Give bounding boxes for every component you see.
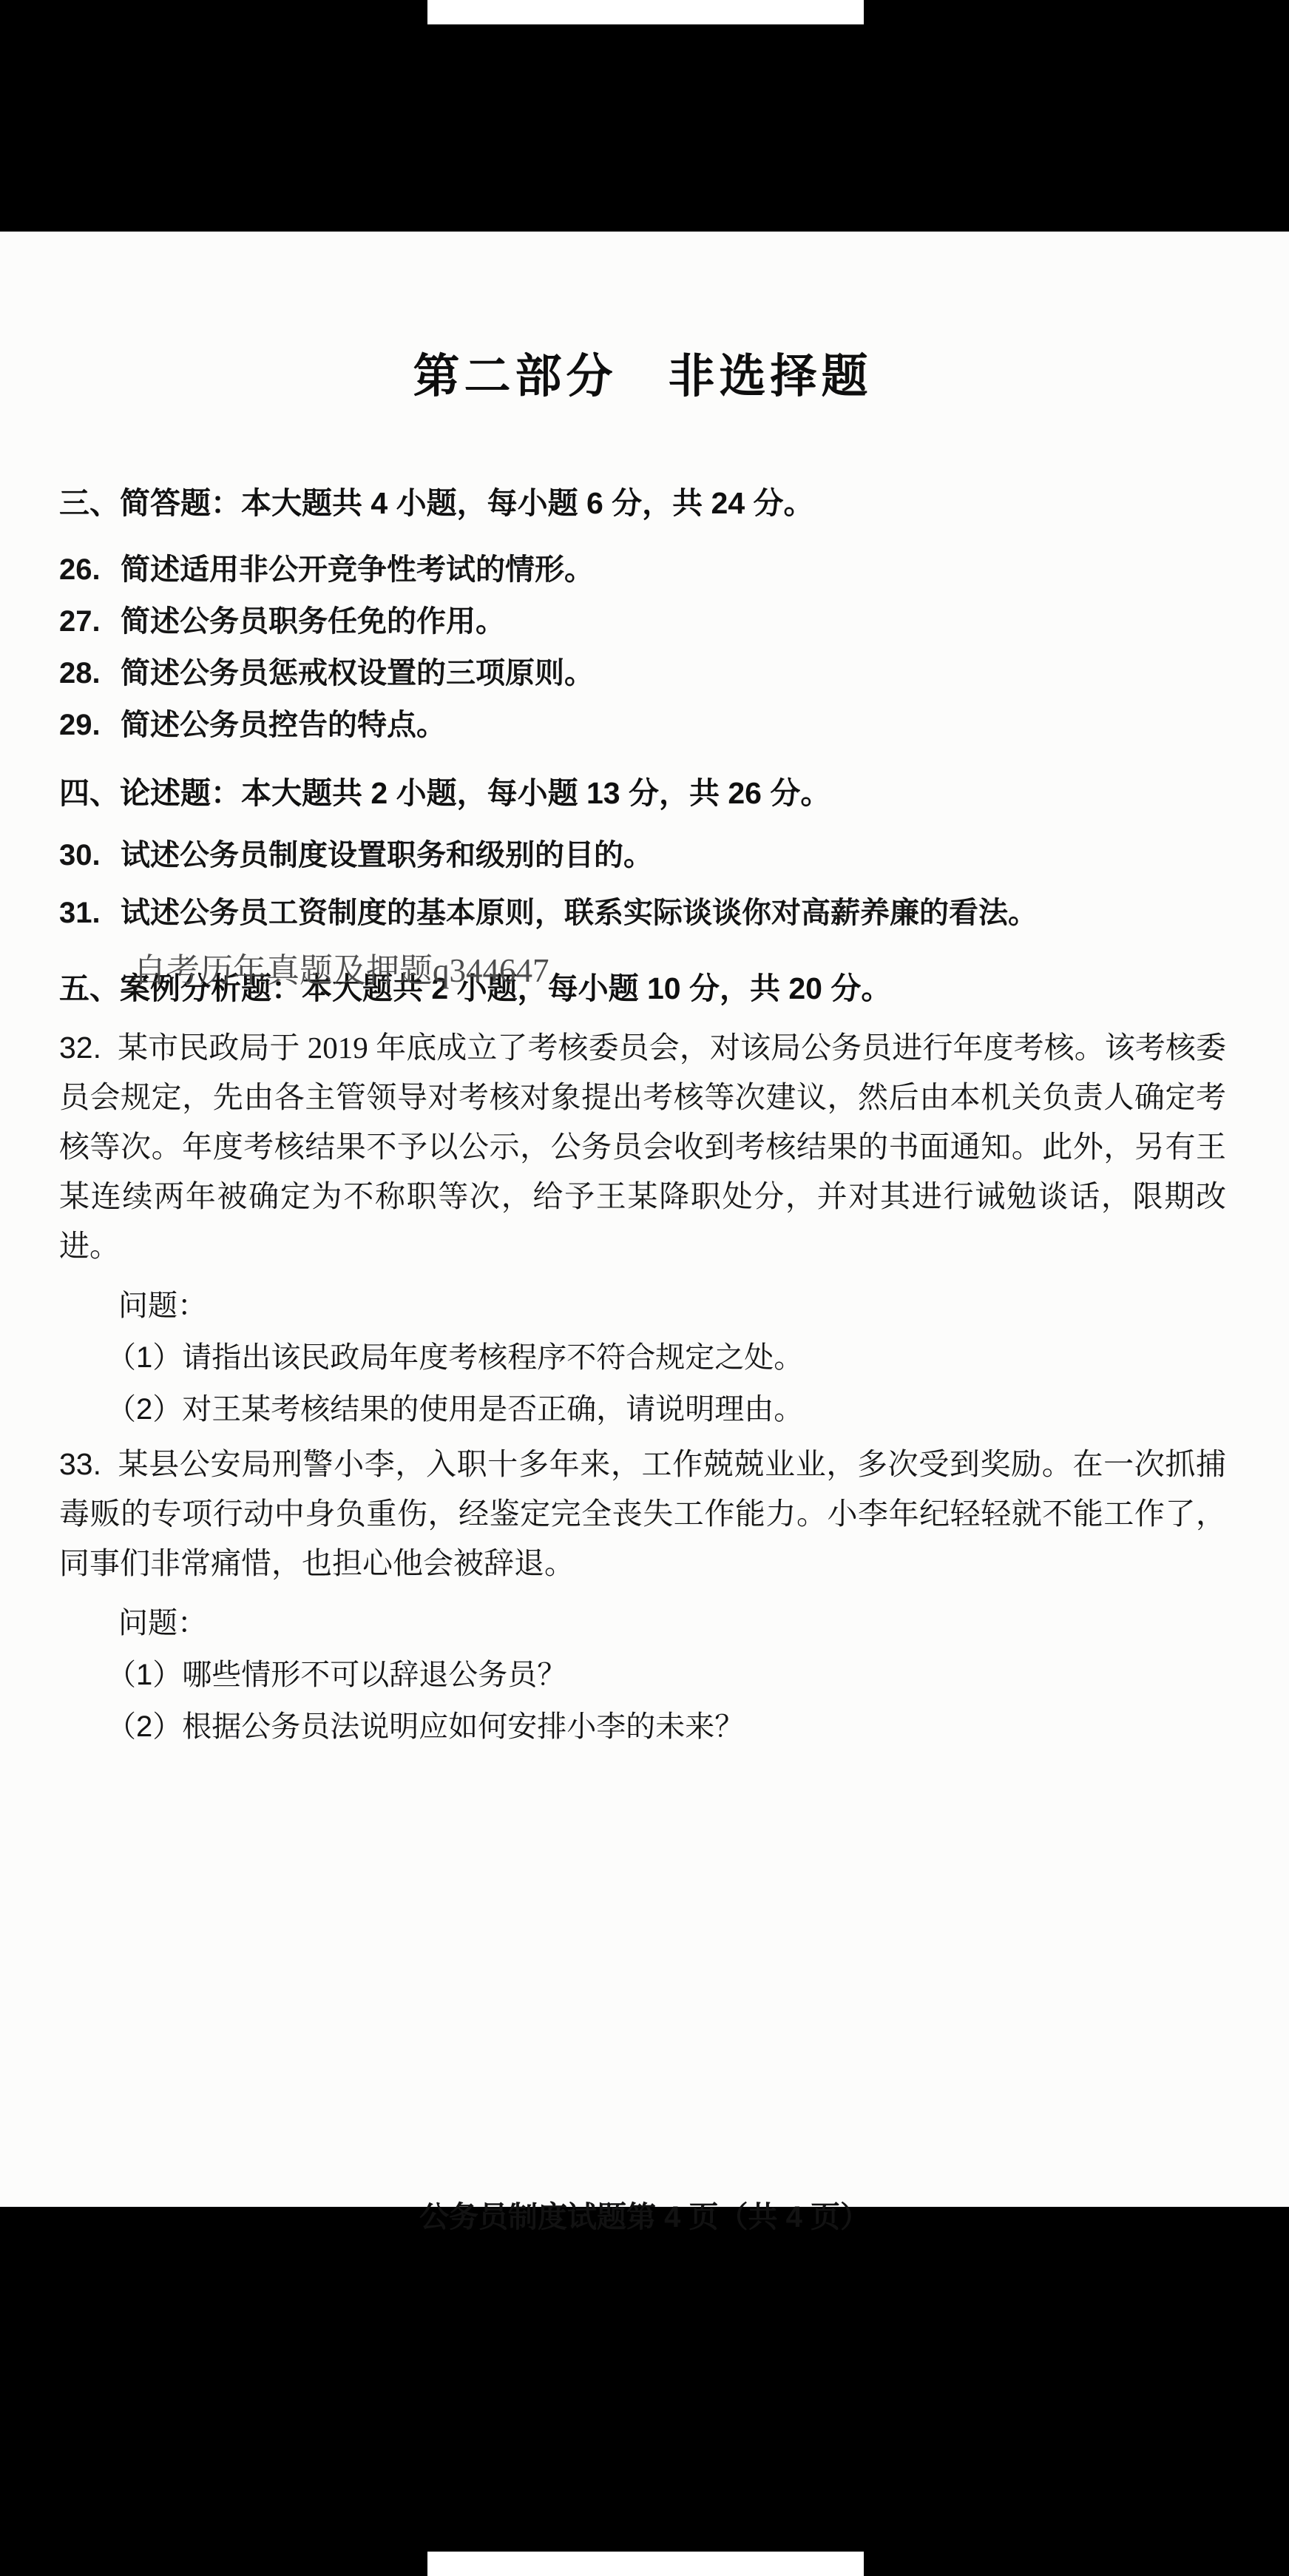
bottom-notch <box>427 2552 864 2576</box>
watermark: 自考历年真题及押题q344647 <box>133 953 549 988</box>
top-notch <box>427 0 864 24</box>
case-questions-label: 问题： <box>59 1280 1226 1332</box>
case-paragraph: 33.某县公安局刑警小李，入职十多年来，工作兢兢业业，多次受到奖励。在一次抓捕毒… <box>59 1440 1226 1588</box>
question-item-31: 31.试述公务员工资制度的基本原则，联系实际谈谈你对高薪养廉的看法。 <box>59 884 1226 942</box>
question-number: 28. <box>59 647 121 699</box>
section-heading: 三、简答题：本大题共 4 小题，每小题 6 分，共 24 分。 <box>59 477 1226 529</box>
question-number: 29. <box>59 699 121 751</box>
question-item-30: 30.试述公务员制度设置职务和级别的目的。 <box>59 826 1226 884</box>
document-page: 第二部分 非选择题 三、简答题：本大题共 4 小题，每小题 6 分，共 24 分… <box>0 232 1289 2207</box>
question-text: 试述公务员制度设置职务和级别的目的。 <box>121 839 653 871</box>
question-text: 简述公务员惩戒权设置的三项原则。 <box>121 657 594 689</box>
page-title: 第二部分 非选择题 <box>59 348 1226 405</box>
question-number: 27. <box>59 596 121 647</box>
question-text: 简述公务员控告的特点。 <box>121 709 446 741</box>
question-number: 32. <box>59 1031 101 1065</box>
question-text: 试述公务员工资制度的基本原则，联系实际谈谈你对高薪养廉的看法。 <box>121 897 1038 929</box>
page-content: 第二部分 非选择题 三、简答题：本大题共 4 小题，每小题 6 分，共 24 分… <box>0 348 1289 2323</box>
question-number: 31. <box>59 884 121 942</box>
case-paragraph: 32.某市民政局于 2019 年底成立了考核委员会，对该局公务员进行年度考核。该… <box>59 1023 1226 1271</box>
section-essay: 四、论述题：本大题共 2 小题，每小题 13 分，共 26 分。 30.试述公务… <box>59 767 1226 942</box>
question-number: 26. <box>59 544 121 596</box>
question-text: 简述公务员职务任免的作用。 <box>121 605 505 638</box>
question-item-28: 28.简述公务员惩戒权设置的三项原则。 <box>59 647 1226 699</box>
question-item-29: 29.简述公务员控告的特点。 <box>59 699 1226 751</box>
question-number: 30. <box>59 826 121 884</box>
question-text: 简述适用非公开竞争性考试的情形。 <box>121 553 594 586</box>
case-sub-question-1: （1）哪些情形不可以辞退公务员？ <box>59 1649 1226 1701</box>
question-item-26: 26.简述适用非公开竞争性考试的情形。 <box>59 544 1226 596</box>
question-item-32: 32.某市民政局于 2019 年底成立了考核委员会，对该局公务员进行年度考核。该… <box>59 1023 1226 1435</box>
section-heading: 四、论述题：本大题共 2 小题，每小题 13 分，共 26 分。 <box>59 767 1226 819</box>
question-item-33: 33.某县公安局刑警小李，入职十多年来，工作兢兢业业，多次受到奖励。在一次抓捕毒… <box>59 1440 1226 1753</box>
case-text: 某县公安局刑警小李，入职十多年来，工作兢兢业业，多次受到奖励。在一次抓捕毒贩的专… <box>59 1447 1226 1580</box>
case-sub-question-1: （1）请指出该民政局年度考核程序不符合规定之处。 <box>59 1332 1226 1383</box>
case-text: 某市民政局于 2019 年底成立了考核委员会，对该局公务员进行年度考核。该考核委… <box>59 1031 1226 1263</box>
case-sub-question-2: （2）根据公务员法说明应如何安排小李的未来？ <box>59 1701 1226 1753</box>
case-questions-label: 问题： <box>59 1597 1226 1649</box>
question-item-27: 27.简述公务员职务任免的作用。 <box>59 596 1226 647</box>
section-short-answer: 三、简答题：本大题共 4 小题，每小题 6 分，共 24 分。 26.简述适用非… <box>59 477 1226 751</box>
case-sub-question-2: （2）对王某考核结果的使用是否正确，请说明理由。 <box>59 1383 1226 1435</box>
page-footer: 公务员制度试题第 4 页（共 4 页） <box>0 2194 1289 2236</box>
section-case-analysis: 五、案例分析题：本大题共 2 小题，每小题 10 分，共 20 分。 32.某市… <box>59 962 1226 1753</box>
question-number: 33. <box>59 1447 101 1481</box>
